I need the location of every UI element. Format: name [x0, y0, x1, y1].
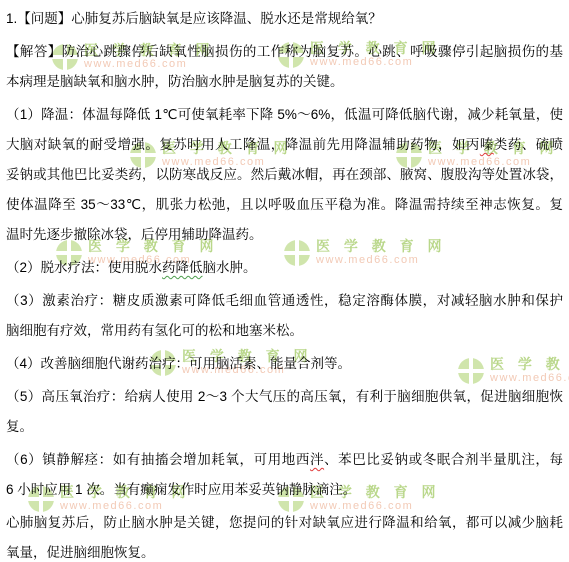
text-segment: 心肺脑复苏后，防止脑水肿是关键，您提问的针对缺氧应进行降温和给氧，都可以减少脑耗 — [6, 515, 563, 530]
text-segment: 温时先逐步撤除冰袋，后停用辅助降温药。 — [6, 227, 263, 242]
text-segment: （6）镇静解痉：如有抽搐会增加耗氧，可用地西 — [6, 452, 310, 467]
misspelled-word: 泮 — [310, 452, 324, 467]
text-line: 温时先逐步撤除冰袋，后停用辅助降温药。 — [6, 220, 563, 250]
text-segment: （1）降温：体温每降低 1℃可使氧耗率下降 5%～6%，低温可降低脑代谢，减少耗… — [6, 107, 563, 122]
text-line: 【解答】防治心跳骤停后缺氧性脑损伤的工作称为脑复苏。心跳、呼吸骤停引起脑损伤的基 — [6, 37, 563, 67]
document-body: 1.【问题】心肺复苏后脑缺氧是应该降温、脱水还是常规给氧？【解答】防治心跳骤停后… — [0, 0, 569, 562]
text-segment: 类药、硫喷 — [494, 137, 563, 152]
text-segment: 妥钠或其他巴比妥类药，以防寒战反应。然后戴冰帽，再在颈部、腋窝、腹股沟等处置冰袋… — [6, 167, 563, 182]
text-segment: 大脑对缺氧的耐受增强。复苏时用人工降温，降温前先用降温辅助药物，如丙 — [6, 137, 480, 152]
paragraph: （2）脱水疗法：使用脱水药降低脑水肿。 — [6, 253, 563, 283]
paragraph: （5）高压氧治疗：给病人使用 2～3 个大气压的高压氧，有利于脑细胞供氧，促进脑… — [6, 382, 563, 442]
paragraph: （6）镇静解痉：如有抽搐会增加耗氧，可用地西泮、苯巴比妥钠或冬眠合剂半量肌注，每… — [6, 445, 563, 505]
text-line: （4）改善脑细胞代谢药治疗：可用脑活素、能量合剂等。 — [6, 349, 563, 379]
text-segment: 6 小时应用 1 次。当有癫痫发作时应用苯妥英钠静脉滴注。 — [6, 482, 356, 497]
text-line: （6）镇静解痉：如有抽搐会增加耗氧，可用地西泮、苯巴比妥钠或冬眠合剂半量肌注，每 — [6, 445, 563, 475]
text-line: 本病理是脑缺氧和脑水肿，防治脑水肿是脑复苏的关键。 — [6, 67, 563, 97]
text-line: 6 小时应用 1 次。当有癫痫发作时应用苯妥英钠静脉滴注。 — [6, 475, 563, 505]
text-line: （3）激素治疗：糖皮质激素可降低毛细血管通透性，稳定溶酶体膜，对减轻脑水肿和保护 — [6, 286, 563, 316]
text-segment: （4）改善脑细胞代谢药治疗：可用脑活素、能量合剂等。 — [6, 356, 351, 371]
text-segment: 脑细胞有疗效，常用药有氢化可的松和地塞米松。 — [6, 323, 303, 338]
paragraph: 心肺脑复苏后，防止脑水肿是关键，您提问的针对缺氧应进行降温和给氧，都可以减少脑耗… — [6, 508, 563, 562]
text-segment: （5）高压氧治疗：给病人使用 2～3 个大气压的高压氧，有利于脑细胞供氧，促进脑… — [6, 389, 563, 404]
text-segment: 氧量，促进脑细胞恢复。 — [6, 545, 155, 560]
text-line: 复。 — [6, 412, 563, 442]
text-segment: 1.【问题】心肺复苏后脑缺氧是应该降温、脱水还是常规给氧？ — [6, 11, 382, 26]
text-line: （1）降温：体温每降低 1℃可使氧耗率下降 5%～6%，低温可降低脑代谢，减少耗… — [6, 100, 563, 130]
text-line: 1.【问题】心肺复苏后脑缺氧是应该降温、脱水还是常规给氧？ — [6, 4, 563, 34]
text-line: 心肺脑复苏后，防止脑水肿是关键，您提问的针对缺氧应进行降温和给氧，都可以减少脑耗 — [6, 508, 563, 538]
paragraph: （1）降温：体温每降低 1℃可使氧耗率下降 5%～6%，低温可降低脑代谢，减少耗… — [6, 100, 563, 250]
text-line: 脑细胞有疗效，常用药有氢化可的松和地塞米松。 — [6, 316, 563, 346]
text-segment: 脑水肿。 — [203, 260, 257, 275]
text-segment: （2）脱水疗法：使用脱水 — [6, 260, 162, 275]
text-segment: 使体温降至 35～33℃，肌张力松弛，且以呼吸血压平稳为准。降温需持续至神志恢复… — [6, 197, 563, 212]
text-line: 大脑对缺氧的耐受增强。复苏时用人工降温，降温前先用降温辅助药物，如丙嗪类药、硫喷 — [6, 130, 563, 160]
text-line: 氧量，促进脑细胞恢复。 — [6, 538, 563, 562]
text-segment: （3）激素治疗：糖皮质激素可降低毛细血管通透性，稳定溶酶体膜，对减轻脑水肿和保护 — [6, 293, 563, 308]
paragraph: 【解答】防治心跳骤停后缺氧性脑损伤的工作称为脑复苏。心跳、呼吸骤停引起脑损伤的基… — [6, 37, 563, 97]
text-segment: 、苯巴比妥钠或冬眠合剂半量肌注，每 — [324, 452, 563, 467]
text-line: （2）脱水疗法：使用脱水药降低脑水肿。 — [6, 253, 563, 283]
text-line: 使体温降至 35～33℃，肌张力松弛，且以呼吸血压平稳为准。降温需持续至神志恢复… — [6, 190, 563, 220]
text-segment: 【解答】防治心跳骤停后缺氧性脑损伤的工作称为脑复苏。心跳、呼吸骤停引起脑损伤的基 — [6, 44, 563, 59]
paragraph: 1.【问题】心肺复苏后脑缺氧是应该降温、脱水还是常规给氧？ — [6, 4, 563, 34]
text-segment: 本病理是脑缺氧和脑水肿，防治脑水肿是脑复苏的关键。 — [6, 74, 344, 89]
text-segment: 复。 — [6, 419, 33, 434]
misspelled-word: 药降低 — [162, 260, 203, 275]
text-line: （5）高压氧治疗：给病人使用 2～3 个大气压的高压氧，有利于脑细胞供氧，促进脑… — [6, 382, 563, 412]
paragraph: （4）改善脑细胞代谢药治疗：可用脑活素、能量合剂等。 — [6, 349, 563, 379]
text-line: 妥钠或其他巴比妥类药，以防寒战反应。然后戴冰帽，再在颈部、腋窝、腹股沟等处置冰袋… — [6, 160, 563, 190]
paragraph: （3）激素治疗：糖皮质激素可降低毛细血管通透性，稳定溶酶体膜，对减轻脑水肿和保护… — [6, 286, 563, 346]
misspelled-word: 嗪 — [480, 137, 494, 152]
